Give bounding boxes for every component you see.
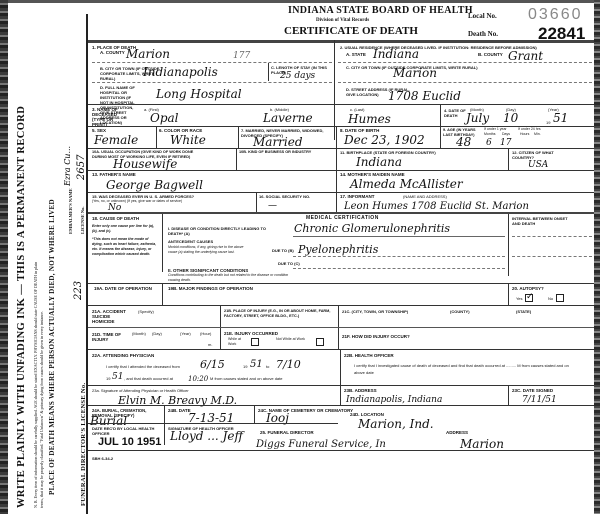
rule (88, 385, 594, 386)
divider (508, 214, 509, 276)
line (88, 327, 594, 328)
divider (508, 385, 509, 405)
line (512, 256, 592, 257)
local-no-value: 03660 (528, 6, 583, 24)
funeral-director-label: 25. FUNERAL DIRECTOR (260, 430, 314, 435)
birthplace-field[interactable]: Indiana (356, 156, 402, 169)
pod-county-label: a. COUNTY (100, 50, 125, 55)
divider (336, 148, 337, 170)
divider (508, 283, 509, 305)
line (293, 268, 505, 269)
rule (88, 170, 594, 171)
line (92, 82, 332, 83)
board-name: INDIANA STATE BOARD OF HEALTH (288, 5, 473, 16)
divider (340, 385, 341, 405)
time-hour-label: (Hour) (200, 331, 211, 336)
rule (88, 283, 594, 284)
operation-date-label: 19a. DATE OF OPERATION (94, 286, 156, 291)
attended-from-field[interactable]: 6/15 (200, 358, 225, 371)
fd-address-label: ADDRESS (446, 430, 468, 435)
divider (336, 126, 337, 148)
antecedent-label: ANTECEDENT CAUSES (168, 239, 213, 244)
death-year-field[interactable]: 51 (112, 371, 123, 384)
not-while-at-work-label: Not While at Work (276, 337, 310, 342)
cause-note: *This does not mean the mode of dying, s… (92, 237, 160, 257)
not-while-at-work-checkbox[interactable] (316, 338, 324, 346)
dod-day-field[interactable]: 10 (503, 112, 518, 125)
min-label: Min. (534, 132, 541, 137)
date-received-stamp: JUL 10 1951 (98, 436, 161, 449)
health-officer-signature-field[interactable]: Lloyd ... Jeff (170, 430, 243, 443)
place-of-death-note: PLACE OF DEATH MEANS WHERE PERSON ACTUAL… (48, 199, 56, 495)
divider (340, 349, 341, 385)
divider (164, 423, 165, 445)
margin-note-2: terms, that it may be properly classifie… (39, 311, 44, 508)
while-at-work-label: While at Work (228, 337, 250, 347)
divider (162, 283, 163, 305)
deceased-name-label: 3. NAME OF DECEASED (Type or Print) (92, 107, 122, 127)
date-of-death-label: 4. DATE OF DEATH (444, 108, 466, 118)
burial-location-field[interactable]: Marion, Ind. (358, 418, 434, 431)
dod-month-field[interactable]: July (466, 112, 489, 125)
rule (88, 450, 594, 451)
scan-edge-left (0, 0, 8, 514)
year2-prefix: 19 (106, 376, 110, 381)
first-name-field[interactable]: Opal (150, 112, 179, 125)
line (293, 256, 505, 257)
autopsy-yes-label: Yes (516, 296, 523, 301)
line-i-label: I. DISEASE OR CONDITION DIRECTLY LEADING… (168, 226, 268, 236)
date-received-label: DATE REC'D BY LOCAL HEALTH OFFICER (92, 426, 162, 436)
injury-time-label: 21d. TIME OF INJURY (92, 332, 130, 342)
pod-county-field[interactable]: Marion (126, 48, 170, 61)
business-label: 10b. KIND OF BUSINESS OR INDUSTRY (239, 150, 335, 155)
accident-specify-label: (Specify) (138, 309, 154, 314)
accident-label: 21a. ACCIDENT SUICIDE HOMICIDE (92, 309, 132, 324)
local-no-label: Local No. (468, 12, 497, 20)
rule (88, 305, 594, 306)
mother-name-field[interactable]: Almeda McAllister (350, 178, 463, 191)
informant-sub: (NAME AND ADDRESS) (403, 194, 447, 199)
antecedent-note: Morbid conditions, if any, giving rise t… (168, 245, 246, 255)
fd-license-value: 223 (73, 281, 84, 300)
interval-label: INTERVAL BETWEEN ONSET AND DEATH (512, 216, 572, 226)
health-officer-label: 22b. HEALTH OFFICER (344, 353, 394, 358)
divider (268, 63, 269, 81)
divider (238, 126, 239, 148)
health-officer-text: I certify that I investigated cause of d… (354, 362, 580, 376)
rule (88, 148, 594, 149)
other-conditions-note: Conditions contributing to the death but… (168, 273, 293, 283)
time-day-label: (Day) (152, 331, 162, 336)
line (338, 82, 592, 83)
certificate-header: INDIANA STATE BOARD OF HEALTH Division o… (88, 0, 600, 40)
sex-field[interactable]: Female (94, 134, 138, 147)
divider (336, 170, 337, 192)
rule (88, 212, 594, 214)
to-label: to (266, 364, 269, 369)
divider (162, 214, 163, 272)
res-state-field[interactable]: Indiana (373, 48, 419, 61)
physician-address-label: 23b. ADDRESS (344, 388, 377, 393)
cause-of-death-label: 18. CAUSE OF DEATH (92, 216, 139, 221)
father-name-label: 13. FATHER'S NAME (92, 172, 136, 177)
certify-text-2: , and that death occurred at (124, 376, 173, 381)
death-no-label: Death No. (468, 30, 498, 38)
res-street-field[interactable]: 1708 Euclid (388, 90, 461, 103)
divider (440, 104, 441, 126)
injury-location-label: 21c. (CITY, TOWN, OR TOWNSHIP) (342, 309, 408, 314)
injury-place-label: 21b. PLACE OF INJURY (e.g., in or about … (224, 309, 334, 319)
permanent-record-instruction: WRITE PLAINLY WITH UNFADING INK — THIS I… (16, 106, 27, 508)
divider (254, 405, 255, 423)
cause-b-field[interactable]: Pyelonephritis (298, 243, 378, 256)
hospital-field[interactable]: Long Hospital (156, 88, 242, 101)
cause-a-field[interactable]: Chronic Glomerulonephritis (294, 222, 450, 235)
margin-note-1: N. B. Every item of information should b… (33, 262, 38, 508)
rule (88, 423, 338, 424)
line (338, 62, 592, 63)
hours-label: Hours (520, 132, 529, 137)
due-to-b-label: DUE TO (b) (272, 248, 294, 253)
attended-from-year-field[interactable]: 51 (250, 358, 263, 371)
injury-state-label: (STATE) (516, 309, 531, 314)
attending-physician-label: 22a. ATTENDING PHYSICIAN (92, 353, 154, 358)
res-city-field[interactable]: Marion (393, 67, 437, 80)
divider (440, 126, 441, 148)
top-rule (88, 40, 594, 43)
injury-occurred-label: 21e. INJURY OCCURRED (224, 331, 278, 336)
father-name-field[interactable]: George Bagwell (106, 179, 203, 192)
rule (88, 192, 594, 193)
dod-year-field[interactable]: 51 (553, 112, 568, 125)
dob-field[interactable]: Dec 23, 1902 (344, 134, 425, 147)
scan-edge-right (594, 0, 600, 514)
embalmer-label: EMBALMER'S NAME (68, 188, 73, 234)
death-certificate-form: 1. PLACE OF DEATH a. COUNTY Marion 177 b… (88, 40, 594, 514)
divider (156, 126, 157, 148)
line (293, 236, 505, 237)
informant-label: 17. INFORMANT (340, 194, 375, 199)
divider (508, 148, 509, 170)
section-divider (334, 40, 335, 140)
from-year-prefix: 19 (243, 364, 247, 369)
pod-city-field[interactable]: Indianapolis (143, 66, 218, 79)
operation-findings-label: 19b. MAJOR FINDINGS OF OPERATION (168, 286, 253, 291)
rule (88, 349, 594, 350)
left-margin: WRITE PLAINLY WITH UNFADING INK — THIS I… (8, 0, 88, 514)
cause-instruction: Enter only one cause per line for (a), (… (92, 224, 158, 234)
autopsy-no-label: No (548, 296, 553, 301)
injury-how-label: 21f. HOW DID INJURY OCCUR? (342, 334, 410, 339)
line (92, 62, 332, 63)
division-name: Division of Vital Records (316, 18, 369, 23)
while-at-work-checkbox[interactable] (251, 338, 259, 346)
time-m-label: m. (208, 342, 212, 347)
certificate-title: CERTIFICATE OF DEATH (284, 25, 418, 37)
armed-forces-sub: (Yes, no, or unknown) (If yes, give war … (92, 199, 182, 204)
divider (336, 192, 337, 212)
form-code: SBH 6-34-2 (92, 456, 113, 461)
last-name-field[interactable]: Humes (348, 113, 391, 126)
injury-county-label: (COUNTY) (450, 309, 470, 314)
attended-to-field[interactable]: 7/10 (276, 358, 301, 371)
res-state-label: a. STATE (346, 52, 366, 57)
time-year-label: (Year) (180, 331, 191, 336)
line (512, 236, 592, 237)
res-county-label: b. COUNTY (478, 52, 503, 57)
time-month-label: (Month) (132, 331, 146, 336)
signature-label: 23a. Signature of Attending Physician or… (92, 388, 189, 393)
middle-name-field[interactable]: Laverne (263, 112, 313, 125)
dod-year-prefix: 19 (546, 120, 550, 125)
divider (236, 148, 237, 170)
medical-certification-heading: MEDICAL CERTIFICATION (306, 216, 379, 221)
date-signed-label: 23c. DATE SIGNED (512, 388, 553, 393)
time-suffix: M from causes stated and on above date (210, 376, 283, 381)
ssn-label: 16. SOCIAL SECURITY No. (259, 194, 310, 199)
autopsy-no-checkbox[interactable] (556, 294, 564, 302)
certify-text-1: I certify that I attended the deceased f… (106, 364, 180, 369)
due-to-c-label: DUE TO (c) (278, 261, 300, 266)
divider (256, 192, 257, 212)
embalmer-value: Ezra Cu... (63, 146, 72, 186)
rule (88, 104, 594, 105)
license-label: LICENSE No. (80, 206, 85, 234)
race-field[interactable]: White (170, 134, 206, 147)
autopsy-yes-checkbox[interactable]: ✓ (525, 294, 533, 302)
divider (164, 405, 165, 423)
